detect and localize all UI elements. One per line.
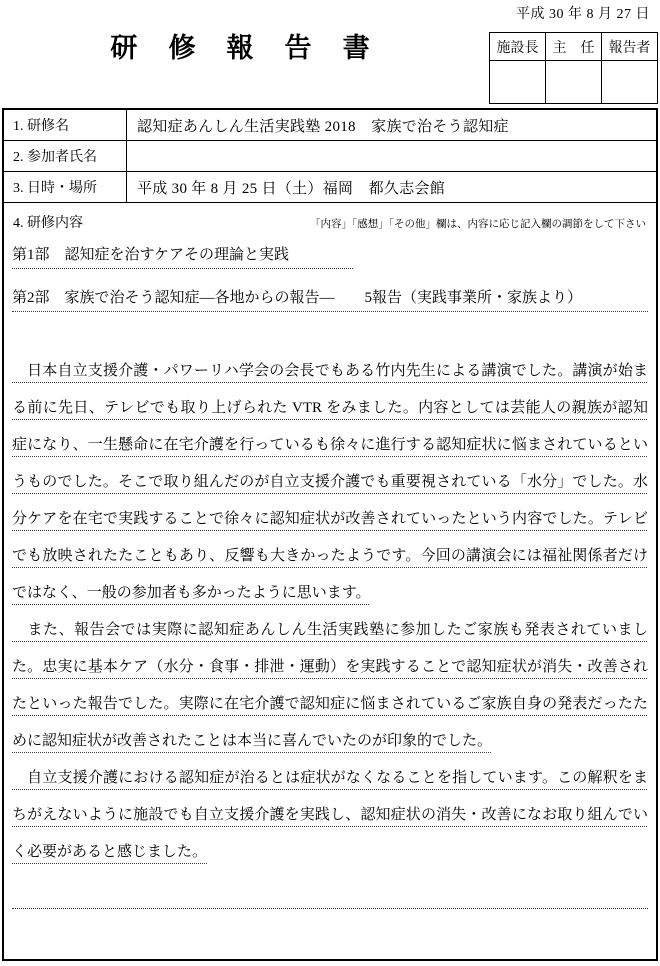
approval-col-facility-head: 施設長 (490, 33, 546, 61)
stamp-cell-reporter (602, 61, 658, 104)
approval-col-reporter: 報告者 (602, 33, 658, 61)
report-date: 平成 30 年 8 月 27 日 (516, 3, 650, 23)
report-paragraph: 自立支援介護における認知症が治るとは症状がなくなることを指しています。この解釈を… (12, 760, 648, 871)
row-value (127, 141, 656, 171)
row-label: 3. 日時・場所 (4, 172, 127, 202)
report-header: 平成 30 年 8 月 27 日 研 修 報 告 書 施設長 主 任 報告者 (0, 0, 660, 108)
table-row-date-place: 3. 日時・場所 平成 30 年 8 月 25 日（土）福岡 都久志会館 (4, 172, 656, 203)
page-title: 研 修 報 告 書 (40, 26, 440, 65)
section-line-part2: 第2部 家族で治そう認知症―各地からの報告― 5報告（実践事業所・家族より） (12, 288, 648, 312)
content-label: 4. 研修内容 (12, 212, 83, 232)
report-page: 平成 30 年 8 月 27 日 研 修 報 告 書 施設長 主 任 報告者 1… (0, 0, 660, 966)
approval-header-row: 施設長 主 任 報告者 (490, 33, 658, 61)
content-header: 4. 研修内容 「内容」「感想」「その他」欄は、内容に応じ記入欄の調節をして下さ… (12, 212, 648, 232)
section-line-part1: 第1部 認知症を治すケアその理論と実践 (12, 245, 648, 269)
approval-stamp-table: 施設長 主 任 報告者 (489, 32, 658, 104)
row-label: 2. 参加者氏名 (4, 141, 127, 171)
report-paragraph: 日本自立支援介護・パワーリハ学会の会長でもある竹内先生による講演でした。講演が始… (12, 353, 648, 612)
stamp-cell-chief (546, 61, 602, 104)
approval-stamp-row (490, 61, 658, 104)
row-value: 平成 30 年 8 月 25 日（土）福岡 都久志会館 (127, 172, 656, 202)
stamp-cell-facility-head (490, 61, 546, 104)
table-row-participants: 2. 参加者氏名 (4, 141, 656, 172)
row-value: 認知症あんしん生活実践塾 2018 家族で治そう認知症 (127, 110, 656, 140)
empty-underline-line (12, 897, 648, 909)
report-form-table: 1. 研修名 認知症あんしん生活実践塾 2018 家族で治そう認知症 2. 参加… (2, 108, 658, 961)
table-row-training-content: 4. 研修内容 「内容」「感想」「その他」欄は、内容に応じ記入欄の調節をして下さ… (4, 212, 656, 909)
row-label: 1. 研修名 (4, 110, 127, 140)
report-paragraph: また、報告会では実際に認知症あんしん生活実践塾に参加したご家族も発表されていまし… (12, 612, 648, 760)
approval-col-chief: 主 任 (546, 33, 602, 61)
content-note: 「内容」「感想」「その他」欄は、内容に応じ記入欄の調節をして下さい (83, 216, 648, 231)
report-body: 日本自立支援介護・パワーリハ学会の会長でもある竹内先生による講演でした。講演が始… (12, 353, 648, 871)
table-row-training-name: 1. 研修名 認知症あんしん生活実践塾 2018 家族で治そう認知症 (4, 110, 656, 141)
